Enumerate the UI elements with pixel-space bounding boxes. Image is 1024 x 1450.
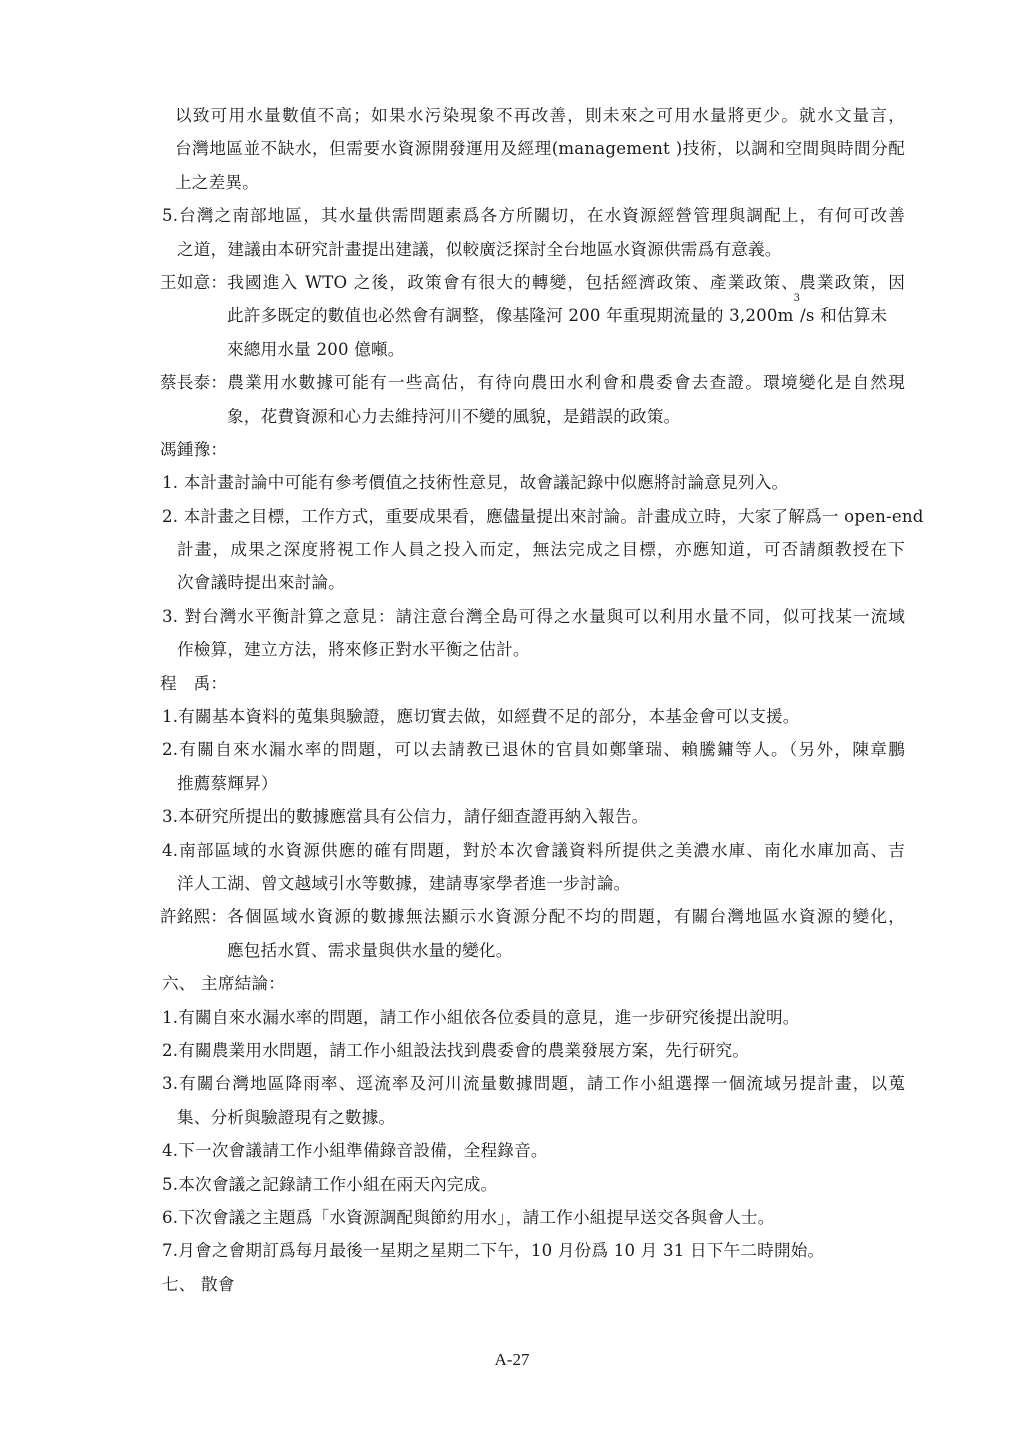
paragraph-line: 7.月會之會期訂爲每月最後一星期之星期二下午，10 月份爲 10 月 31 日下…	[160, 1234, 905, 1267]
paragraph-line: 2.有關農業用水問題，請工作小組設法找到農委會的農業發展方案，先行研究。	[160, 1034, 905, 1067]
list-item: 4.南部區域的水資源供應的確有問題，對於本次會議資料所提供之美濃水庫、南化水庫加…	[160, 834, 905, 901]
speaker-block-feng: 馮鍾豫： 1. 本計畫討論中可能有參考價值之技術性意見，故會議記錄中似應將討論意…	[160, 433, 905, 667]
section-adjourn: 七、 散會	[160, 1268, 905, 1301]
list-item: 2. 本計畫之目標，工作方式，重要成果看，應儘量提出來討論。計畫成立時，大家了解…	[160, 500, 905, 600]
document-page: 以致可用水量數值不高；如果水污染現象不再改善，則未來之可用水量將更少。就水文量言…	[0, 0, 1024, 1450]
list-item-5: 5.台灣之南部地區，其水量供需問題素爲各方所關切，在水資源經營管理與調配上，有何…	[160, 199, 905, 266]
paragraph-line: 5.本次會議之記錄請工作小組在兩天內完成。	[160, 1168, 905, 1201]
list-item: 6.下次會議之主題爲「水資源調配與節約用水」，請工作小組提早送交各與會人士。	[160, 1201, 905, 1234]
speaker-name: 程 禹：	[160, 667, 905, 700]
document-body: 以致可用水量數值不高；如果水污染現象不再改善，則未來之可用水量將更少。就水文量言…	[160, 99, 905, 1301]
paragraph-line: 1.有關自來水漏水率的問題，請工作小組依各位委員的意見，進一步研究後提出說明。	[160, 1001, 905, 1034]
paragraph-line: 洋人工湖、曾文越域引水等數據，建請專家學者進一步討論。	[160, 867, 905, 900]
list-item: 1. 本計畫討論中可能有參考價值之技術性意見，故會議記錄中似應將討論意見列入。	[160, 466, 905, 499]
list-item: 7.月會之會期訂爲每月最後一星期之星期二下午，10 月份爲 10 月 31 日下…	[160, 1234, 905, 1267]
list-item: 3. 對台灣水平衡計算之意見：請注意台灣全島可得之水量與可以利用水量不同，似可找…	[160, 600, 905, 667]
list-item: 4.下一次會議請工作小組準備錄音設備，全程錄音。	[160, 1134, 905, 1167]
paragraph-line: 上之差異。	[160, 166, 905, 199]
list-item: 2.有關自來水漏水率的問題，可以去請教已退休的官員如鄭肇瑞、賴騰鏞等人。（另外，…	[160, 733, 905, 800]
paragraph-line: 各個區域水資源的數據無法顯示水資源分配不均的問題，有關台灣地區水資源的變化，	[227, 900, 905, 933]
paragraph-line: 作檢算，建立方法，將來修正對水平衡之估計。	[160, 633, 905, 666]
paragraph-line: 推薦蔡輝昇）	[160, 767, 905, 800]
paragraph-line: 計畫，成果之深度將視工作人員之投入而定，無法完成之目標，亦應知道，可否請顏教授在…	[160, 533, 905, 566]
list-item: 1.有關基本資料的蒐集與驗證，應切實去做，如經費不足的部分，本基金會可以支援。	[160, 700, 905, 733]
list-item: 3.本研究所提出的數據應當具有公信力，請仔細查證再納入報告。	[160, 800, 905, 833]
speaker-block-wang: 王如意： 我國進入 WTO 之後，政策會有很大的轉變，包括經濟政策、產業政策、農…	[160, 266, 905, 366]
continuation-paragraph: 以致可用水量數值不高；如果水污染現象不再改善，則未來之可用水量將更少。就水文量言…	[160, 99, 905, 199]
paragraph-line: 2.有關自來水漏水率的問題，可以去請教已退休的官員如鄭肇瑞、賴騰鏞等人。（另外，…	[160, 733, 905, 766]
paragraph-line: 來總用水量 200 億噸。	[160, 333, 905, 366]
list-item: 1.有關自來水漏水率的問題，請工作小組依各位委員的意見，進一步研究後提出說明。	[160, 1001, 905, 1034]
list-item: 5.本次會議之記錄請工作小組在兩天內完成。	[160, 1168, 905, 1201]
paragraph-line: 6.下次會議之主題爲「水資源調配與節約用水」，請工作小組提早送交各與會人士。	[160, 1201, 905, 1234]
paragraph-line: 2. 本計畫之目標，工作方式，重要成果看，應儘量提出來討論。計畫成立時，大家了解…	[160, 500, 905, 533]
list-item: 3.有關台灣地區降雨率、逕流率及河川流量數據問題，請工作小組選擇一個流域另提計畫…	[160, 1067, 905, 1134]
speaker-line: 許銘熙： 各個區域水資源的數據無法顯示水資源分配不均的問題，有關台灣地區水資源的…	[160, 900, 905, 933]
speaker-name: 馮鍾豫：	[160, 433, 905, 466]
paragraph-line: 3.本研究所提出的數據應當具有公信力，請仔細查證再納入報告。	[160, 800, 905, 833]
section-chair-conclusion: 六、 主席結論： 1.有關自來水漏水率的問題，請工作小組依各位委員的意見，進一步…	[160, 967, 905, 1268]
paragraph-line: 3. 對台灣水平衡計算之意見：請注意台灣全島可得之水量與可以利用水量不同，似可找…	[160, 600, 905, 633]
paragraph-line: 以致可用水量數值不高；如果水污染現象不再改善，則未來之可用水量將更少。就水文量言…	[160, 99, 905, 132]
paragraph-line: 4.南部區域的水資源供應的確有問題，對於本次會議資料所提供之美濃水庫、南化水庫加…	[160, 834, 905, 867]
paragraph-line: 應包括水質、需求量與供水量的變化。	[160, 934, 905, 967]
page-number: A-27	[0, 1350, 1024, 1370]
paragraph-line: 5.台灣之南部地區，其水量供需問題素爲各方所關切，在水資源經營管理與調配上，有何…	[160, 199, 905, 232]
paragraph-line: 象，花費資源和心力去維持河川不變的風貌，是錯誤的政策。	[160, 400, 905, 433]
paragraph-text: 此許多既定的數值也必然會有調整，像基隆河 200 年重現期流量的 3,200m	[227, 299, 794, 332]
speaker-name: 蔡長泰：	[160, 366, 227, 399]
paragraph-line: 台灣地區並不缺水，但需要水資源開發運用及經理(management )技術，以調…	[160, 132, 905, 165]
paragraph-line: 集、分析與驗證現有之數據。	[160, 1101, 905, 1134]
paragraph-line: 1. 本計畫討論中可能有參考價值之技術性意見，故會議記錄中似應將討論意見列入。	[160, 466, 905, 499]
paragraph-line: 此許多既定的數值也必然會有調整，像基隆河 200 年重現期流量的 3,200m3…	[160, 299, 905, 332]
paragraph-line: 農業用水數據可能有一些高估，有待向農田水利會和農委會去查證。環境變化是自然現	[227, 366, 905, 399]
list-item: 2.有關農業用水問題，請工作小組設法找到農委會的農業發展方案，先行研究。	[160, 1034, 905, 1067]
paragraph-line: 3.有關台灣地區降雨率、逕流率及河川流量數據問題，請工作小組選擇一個流域另提計畫…	[160, 1067, 905, 1100]
speaker-line: 蔡長泰： 農業用水數據可能有一些高估，有待向農田水利會和農委會去查證。環境變化是…	[160, 366, 905, 399]
section-heading: 七、 散會	[160, 1268, 905, 1301]
speaker-block-tsai: 蔡長泰： 農業用水數據可能有一些高估，有待向農田水利會和農委會去查證。環境變化是…	[160, 366, 905, 433]
speaker-name: 許銘熙：	[160, 900, 227, 933]
speaker-block-hsu: 許銘熙： 各個區域水資源的數據無法顯示水資源分配不均的問題，有關台灣地區水資源的…	[160, 900, 905, 967]
paragraph-line: 4.下一次會議請工作小組準備錄音設備，全程錄音。	[160, 1134, 905, 1167]
paragraph-line: 次會議時提出來討論。	[160, 566, 905, 599]
paragraph-line: 1.有關基本資料的蒐集與驗證，應切實去做，如經費不足的部分，本基金會可以支援。	[160, 700, 905, 733]
paragraph-line: 我國進入 WTO 之後，政策會有很大的轉變，包括經濟政策、產業政策、農業政策，因	[227, 266, 905, 299]
speaker-block-cheng: 程 禹： 1.有關基本資料的蒐集與驗證，應切實去做，如經費不足的部分，本基金會可…	[160, 667, 905, 901]
speaker-name: 王如意：	[160, 266, 227, 299]
paragraph-line: 之道，建議由本研究計畫提出建議，似較廣泛探討全台地區水資源供需爲有意義。	[160, 233, 905, 266]
section-heading: 六、 主席結論：	[160, 967, 905, 1000]
paragraph-text: /s 和估算未	[800, 299, 887, 332]
